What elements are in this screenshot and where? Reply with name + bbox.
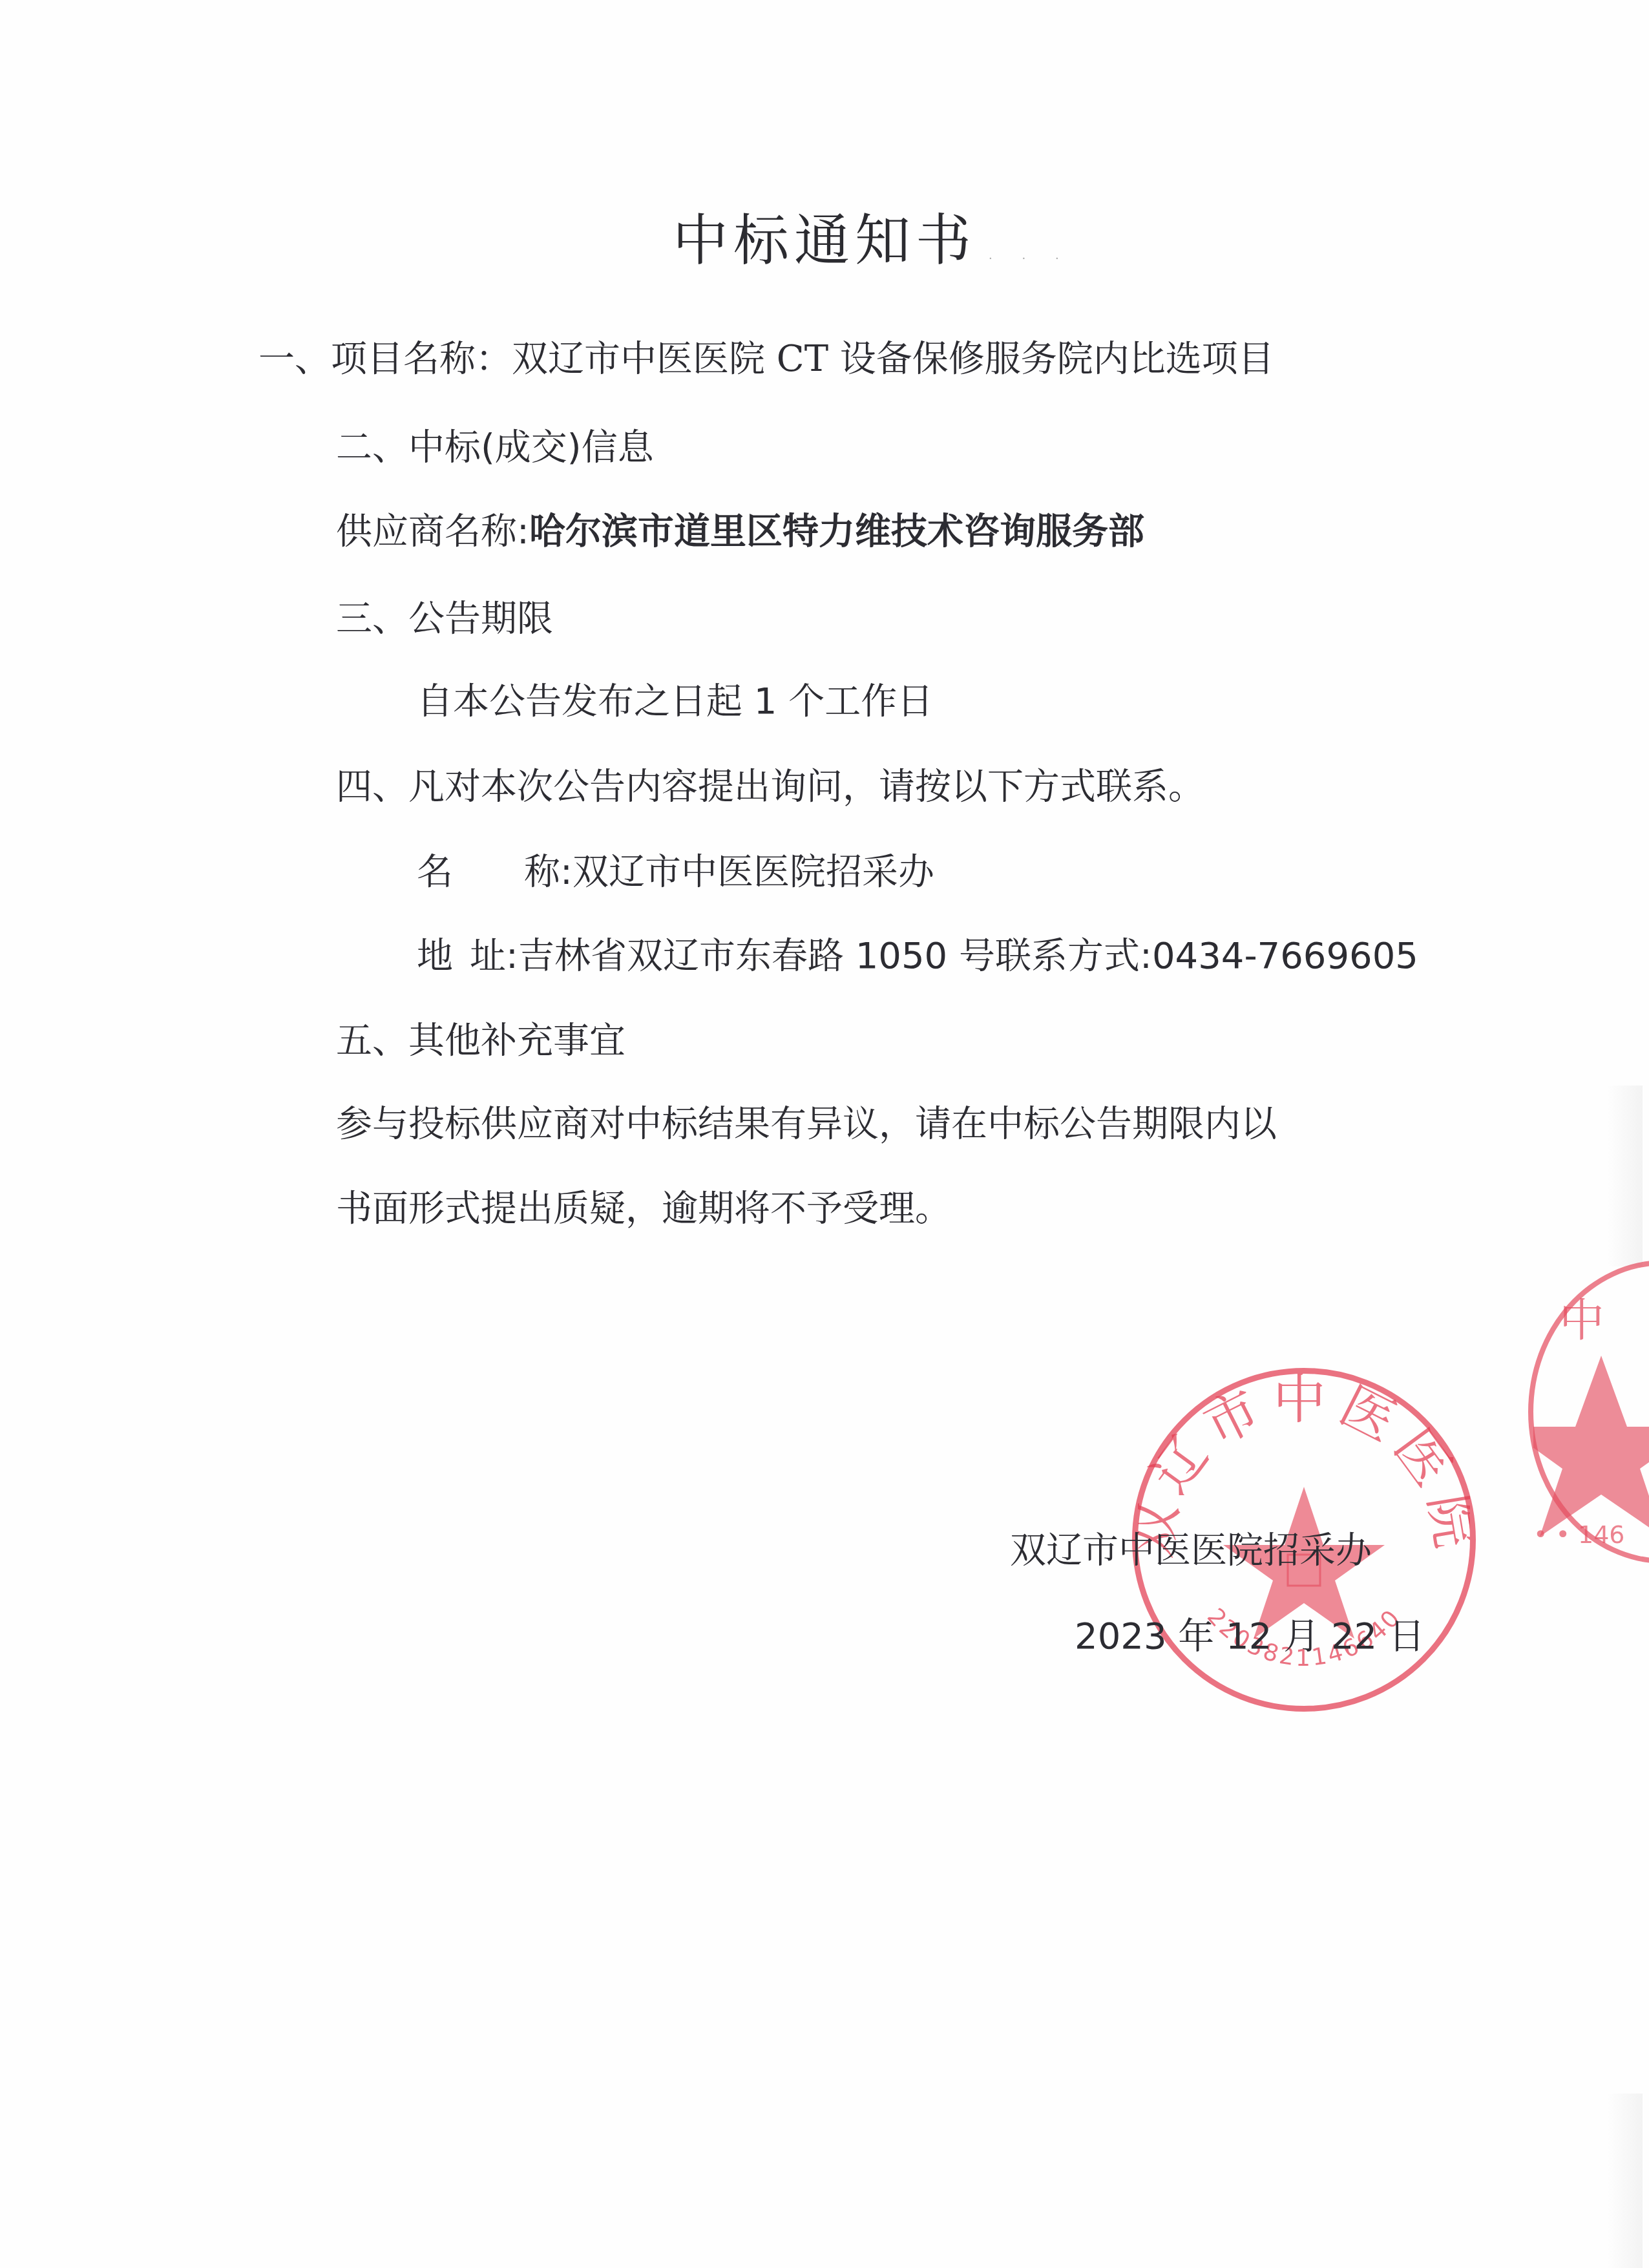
contact-name-label-2: 称:	[524, 851, 572, 893]
paper-fold-shadow	[1607, 1086, 1643, 1266]
contact-name-value: 双辽市中医医院招采办	[572, 851, 934, 893]
issue-date: 2023 年 12 月 22 日	[1075, 1608, 1425, 1659]
project-name-line: 一、项目名称：双辽市中医医院 CT 设备保修服务院内比选项目	[258, 341, 1274, 377]
partial-official-seal: 中 • • 146	[1528, 1260, 1649, 1564]
notice-period-text: 自本公告发布之日起 1 个工作日	[417, 684, 933, 720]
contact-name-label-1: 名	[417, 851, 453, 893]
other-matters-text-2: 书面形式提出质疑，逾期将不予受理。	[336, 1191, 951, 1227]
award-info-heading: 二、中标(成交)信息	[336, 430, 654, 466]
supplier-label: 供应商名称:	[336, 510, 529, 552]
notice-period-heading: 三、公告期限	[336, 601, 553, 637]
scan-specks: · · ·	[989, 252, 1072, 266]
svg-text:中: 中	[1559, 1294, 1604, 1347]
contact-address-value: 吉林省双辽市东春路 1050 号	[518, 935, 995, 977]
contact-address-label-1: 地	[417, 935, 453, 977]
contact-address-line: 地址:吉林省双辽市东春路 1050 号联系方式:0434-7669605	[417, 938, 1418, 974]
contact-phone-value: 0434-7669605	[1152, 935, 1418, 977]
supplier-name: 哈尔滨市道里区特力维技术咨询服务部	[529, 510, 1144, 552]
scanned-document-page: 中标通知书 · · · 一、项目名称：双辽市中医医院 CT 设备保修服务院内比选…	[0, 0, 1649, 2268]
svg-text:• • 146: • • 146	[1533, 1520, 1625, 1549]
paper-fold-shadow	[1607, 2094, 1643, 2268]
contact-name-line: 名称:双辽市中医医院招采办	[417, 854, 934, 890]
other-matters-heading: 五、其他补充事宜	[336, 1023, 625, 1059]
other-matters-text-1: 参与投标供应商对中标结果有异议，请在中标公告期限内以	[336, 1106, 1277, 1142]
contact-address-label-2: 址:	[470, 935, 518, 977]
project-name-value: 双辽市中医医院 CT 设备保修服务院内比选项目	[512, 338, 1274, 380]
issuer-name: 双辽市中医医院招采办	[1010, 1522, 1372, 1573]
document-title: 中标通知书	[0, 196, 1649, 276]
project-name-label: 一、项目名称：	[258, 338, 512, 380]
contact-heading: 四、凡对本次公告内容提出询问，请按以下方式联系。	[336, 769, 1204, 805]
contact-phone-label: 联系方式:	[995, 935, 1152, 977]
supplier-line: 供应商名称:哈尔滨市道里区特力维技术咨询服务部	[336, 514, 1144, 550]
partial-seal-graphic: 中 • • 146	[1533, 1265, 1649, 1569]
